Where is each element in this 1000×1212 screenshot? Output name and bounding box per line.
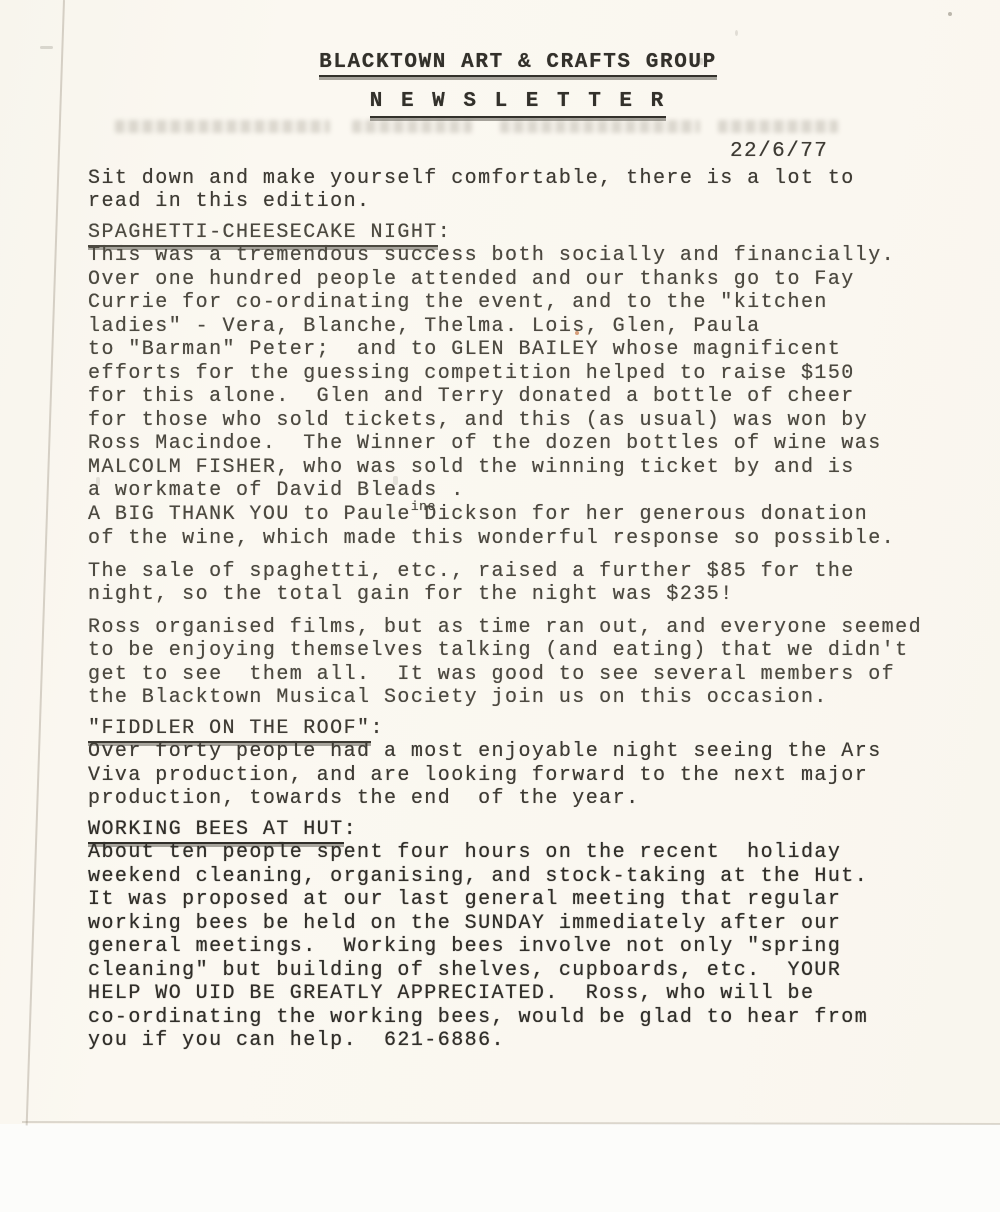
paragraph: Ross organised films, but as time ran ou…: [88, 616, 948, 710]
text-line: a workmate of David Bleads .: [88, 479, 948, 503]
paragraph: Over forty people had a most enjoyable n…: [88, 740, 948, 811]
text-line: working bees be held on the SUNDAY immed…: [88, 912, 948, 936]
text-line: HELP WO UID BE GREATLY APPRECIATED. Ross…: [88, 982, 948, 1006]
text-line: the Blacktown Musical Society join us on…: [88, 686, 948, 710]
section-heading-text: WORKING BEES AT HUT: [88, 818, 344, 844]
text-line: Ross Macindoe. The Winner of the dozen b…: [88, 432, 948, 456]
text-line: Viva production, and are looking forward…: [88, 764, 948, 788]
intro-paragraph: Sit down and make yourself comfortable, …: [88, 167, 948, 214]
text-line: MALCOLM FISHER, who was sold the winning…: [88, 456, 948, 480]
text-line: general meetings. Working bees involve n…: [88, 935, 948, 959]
newsletter-subtitle-text: N E W S L E T T E R: [370, 89, 666, 118]
text-line: Over forty people had a most enjoyable n…: [88, 740, 948, 764]
paragraph: The sale of spaghetti, etc., raised a fu…: [88, 560, 948, 607]
text-line: to be enjoying themselves talking (and e…: [88, 639, 948, 663]
newsletter-org-title-text: BLACKTOWN ART & CRAFTS GROUP: [319, 51, 717, 77]
text-line: Currie for co-ordinating the event, and …: [88, 291, 948, 315]
section: SPAGHETTI-CHEESECAKE NIGHT:This was a tr…: [88, 221, 948, 710]
issue-date: 22/6/77: [730, 140, 948, 164]
section-heading: "FIDDLER ON THE ROOF":: [88, 717, 948, 741]
masthead: BLACKTOWN ART & CRAFTS GROUP N E W S L E…: [88, 50, 948, 118]
section-heading: WORKING BEES AT HUT:: [88, 818, 948, 842]
paragraph: About ten people spent four hours on the…: [88, 841, 948, 1053]
text-line: for those who sold tickets, and this (as…: [88, 409, 948, 433]
section-heading-text: "FIDDLER ON THE ROOF": [88, 717, 371, 743]
scanned-newsletter-page: BLACKTOWN ART & CRAFTS GROUP N E W S L E…: [0, 0, 1000, 1212]
text-line: ladies" - Vera, Blanche, Thelma. Lois, G…: [88, 315, 948, 339]
section-heading: SPAGHETTI-CHEESECAKE NIGHT:: [88, 221, 948, 245]
paper-speck: [40, 46, 53, 49]
sections-container: SPAGHETTI-CHEESECAKE NIGHT:This was a tr…: [88, 221, 948, 1053]
text-line: to "Barman" Peter; and to GLEN BAILEY wh…: [88, 338, 948, 362]
text-line: you if you can help. 621-6886.: [88, 1029, 948, 1053]
paper-speck: [948, 12, 952, 16]
text-line: of the wine, which made this wonderful r…: [88, 527, 948, 551]
paper-speck: [735, 30, 738, 36]
section: WORKING BEES AT HUT:About ten people spe…: [88, 818, 948, 1053]
text-line: It was proposed at our last general meet…: [88, 888, 948, 912]
text-line: efforts for the guessing competition hel…: [88, 362, 948, 386]
text-line: Over one hundred people attended and our…: [88, 268, 948, 292]
text-run: Dickson for her generous donation: [411, 503, 868, 526]
section-heading-text: SPAGHETTI-CHEESECAKE NIGHT: [88, 221, 438, 247]
text-line: A BIG THANK YOU to Pauleine Dickson for …: [88, 503, 948, 528]
text-line: About ten people spent four hours on the…: [88, 841, 948, 865]
text-line: The sale of spaghetti, etc., raised a fu…: [88, 560, 948, 584]
newsletter-org-title: BLACKTOWN ART & CRAFTS GROUP: [88, 50, 948, 76]
typewritten-content: BLACKTOWN ART & CRAFTS GROUP N E W S L E…: [88, 50, 948, 1053]
text-line: for this alone. Glen and Terry donated a…: [88, 385, 948, 409]
text-line: production, towards the end of the year.: [88, 787, 948, 811]
paragraph: This was a tremendous success both socia…: [88, 244, 948, 551]
text-line: cleaning" but building of shelves, cupbo…: [88, 959, 948, 983]
text-line: Ross organised films, but as time ran ou…: [88, 616, 948, 640]
section: "FIDDLER ON THE ROOF":Over forty people …: [88, 717, 948, 811]
newsletter-subtitle: N E W S L E T T E R: [88, 76, 948, 118]
text-line: get to see them all. It was good to see …: [88, 663, 948, 687]
section-heading-colon: :: [344, 818, 357, 841]
text-line: read in this edition.: [88, 190, 948, 214]
section-heading-colon: :: [371, 717, 384, 740]
section-heading-colon: :: [438, 221, 451, 244]
text-line: night, so the total gain for the night w…: [88, 583, 948, 607]
text-run: A BIG THANK YOU to Paule: [88, 503, 411, 526]
text-line: weekend cleaning, organising, and stock-…: [88, 865, 948, 889]
text-line: This was a tremendous success both socia…: [88, 244, 948, 268]
text-line: co-ordinating the working bees, would be…: [88, 1006, 948, 1030]
text-line: Sit down and make yourself comfortable, …: [88, 167, 948, 191]
